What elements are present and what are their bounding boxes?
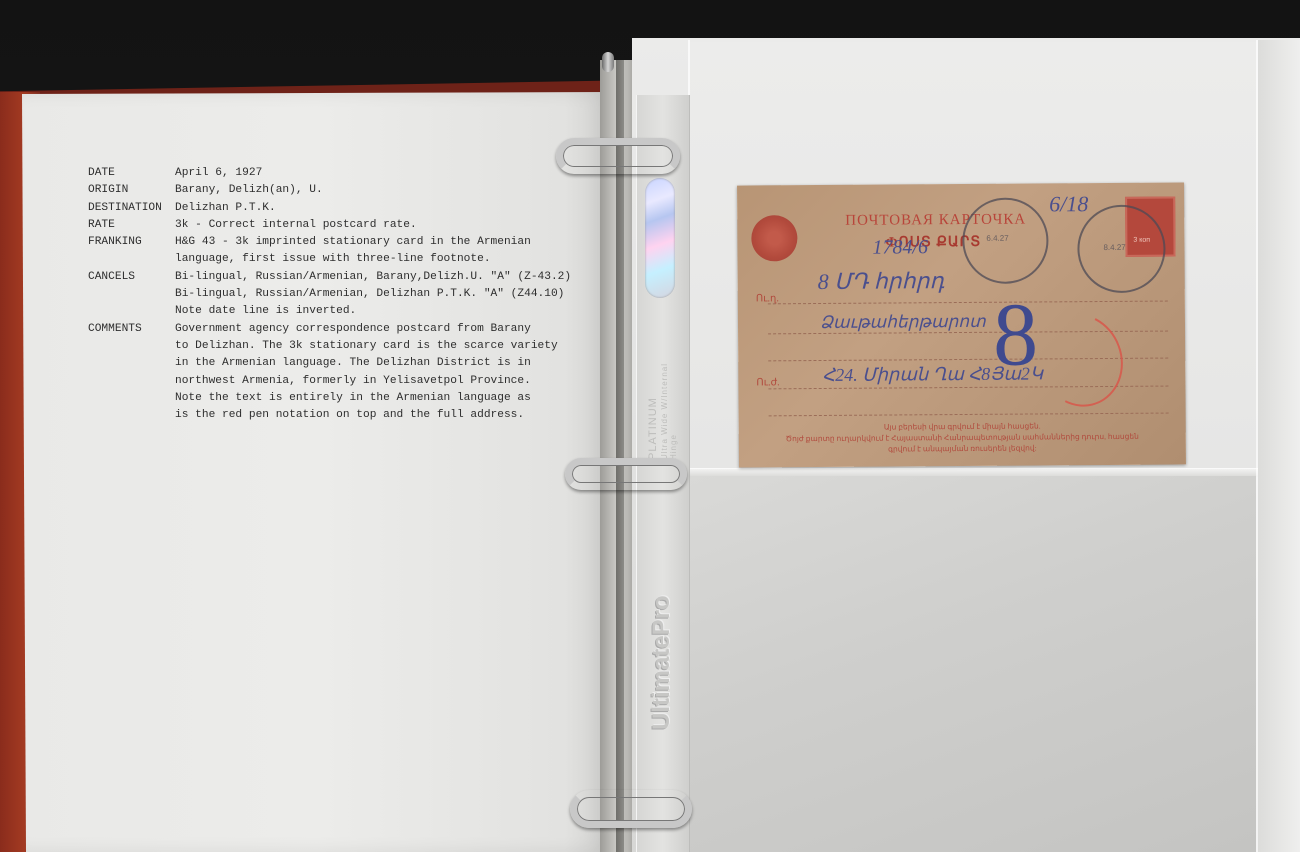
ring-top-post (602, 52, 614, 72)
lower-pocket (690, 476, 1256, 852)
spine-logo: UltimatePro (648, 560, 676, 730)
handwriting-line-1: 8 ՄԴ հրհրդ (818, 268, 945, 295)
postmark-left: 6.4.27 (962, 197, 1049, 284)
description-value-line: Note date line is inverted. (175, 303, 571, 320)
postmark-right: 8.4.27 (1077, 205, 1166, 294)
description-value-line: Government agency correspondence postcar… (175, 321, 558, 338)
spine-subtext: Ultra Wide W/Internal Hinge (660, 350, 678, 460)
description-label: RATE (88, 217, 175, 234)
spine-brand-text: PLATINUM (647, 350, 659, 460)
handwriting-line-2: Ձաւթահերթարոտ (820, 312, 986, 333)
postmark-left-date: 6.4.27 (986, 234, 1008, 243)
description-value-line: is the red pen notation on top and the f… (175, 407, 558, 424)
description-value: H&G 43 - 3k imprinted stationary card in… (175, 234, 531, 269)
description-label: FRANKING (88, 234, 175, 269)
description-value-line: northwest Armenia, formerly in Yelisavet… (175, 373, 558, 390)
description-row-franking: FRANKINGH&G 43 - 3k imprinted stationary… (88, 234, 571, 269)
ussr-emblem-icon (751, 215, 797, 261)
description-row-cancels: CANCELSBi-lingual, Russian/Armenian, Bar… (88, 269, 571, 321)
description-value-line: Bi-lingual, Russian/Armenian, Delizhan P… (175, 286, 571, 303)
description-label: ORIGIN (88, 182, 175, 199)
description-text-block: DATEApril 6, 1927ORIGINBarany, Delizh(an… (88, 165, 571, 424)
description-label: DESTINATION (88, 200, 175, 217)
description-value: Government agency correspondence postcar… (175, 321, 558, 425)
hologram-sticker (645, 178, 675, 298)
footnote-line-1: Այս բերեսի վրա գրվում է միայն հասցեն. (739, 420, 1186, 432)
page-edge-stack (1258, 40, 1300, 852)
footnote-line-3: գրվում է անպայման ռուսերեն լեզվով: (739, 442, 1186, 454)
description-value: Barany, Delizh(an), U. (175, 182, 323, 199)
description-value-line: Bi-lingual, Russian/Armenian, Barany,Del… (175, 269, 571, 286)
red-pen-notation (1024, 301, 1135, 418)
description-row-rate: RATE3k - Correct internal postcard rate. (88, 217, 571, 234)
handwriting-corner: 6/18 (1049, 191, 1088, 217)
description-label: COMMENTS (88, 321, 175, 425)
description-value: 3k - Correct internal postcard rate. (175, 217, 417, 234)
description-value-line: Delizhan P.T.K. (175, 200, 276, 217)
description-value-line: H&G 43 - 3k imprinted stationary card in… (175, 234, 531, 251)
description-row-date: DATEApril 6, 1927 (88, 165, 571, 182)
address-line-5 (769, 413, 1169, 418)
description-value-line: to Delizhan. The 3k stationary card is t… (175, 338, 558, 355)
pocket-seam-right (1256, 40, 1258, 852)
description-value-line: language, first issue with three-line fo… (175, 251, 531, 268)
description-value-line: April 6, 1927 (175, 165, 262, 182)
description-label: DATE (88, 165, 175, 182)
binder-ring-bottom[interactable] (570, 790, 692, 828)
binder-ring-middle[interactable] (565, 458, 687, 490)
postmark-right-date: 8.4.27 (1103, 243, 1125, 252)
postcard[interactable]: ПОЧТОВАЯ КАРТОЧКА ФՈՍՏ ՔԱՐՏ 3 коп 6.4.27… (737, 182, 1186, 467)
handwriting-reference: 1784/6 (872, 236, 928, 259)
description-label: CANCELS (88, 269, 175, 321)
description-row-origin: ORIGINBarany, Delizh(an), U. (88, 182, 571, 199)
description-value-line: in the Armenian language. The Delizhan D… (175, 355, 558, 372)
description-value: Delizhan P.T.K. (175, 200, 276, 217)
description-value-line: Barany, Delizh(an), U. (175, 182, 323, 199)
footnote-line-2: Ծոյժ քարտը ուղարկվում է Հայաստանի Հանրապ… (739, 431, 1186, 443)
address-label-from: Ու.ժ. (756, 377, 779, 388)
ring-mechanism-bar (616, 60, 624, 852)
description-value: April 6, 1927 (175, 165, 262, 182)
description-row-destination: DESTINATIONDelizhan P.T.K. (88, 200, 571, 217)
address-line-1 (768, 301, 1168, 306)
binder-ring-top[interactable] (556, 138, 680, 174)
description-value-line: 3k - Correct internal postcard rate. (175, 217, 417, 234)
description-value: Bi-lingual, Russian/Armenian, Barany,Del… (175, 269, 571, 321)
description-value-line: Note the text is entirely in the Armenia… (175, 390, 558, 407)
description-row-comments: COMMENTSGovernment agency correspondence… (88, 321, 571, 425)
blue-crayon-8: 8 (993, 283, 1039, 386)
